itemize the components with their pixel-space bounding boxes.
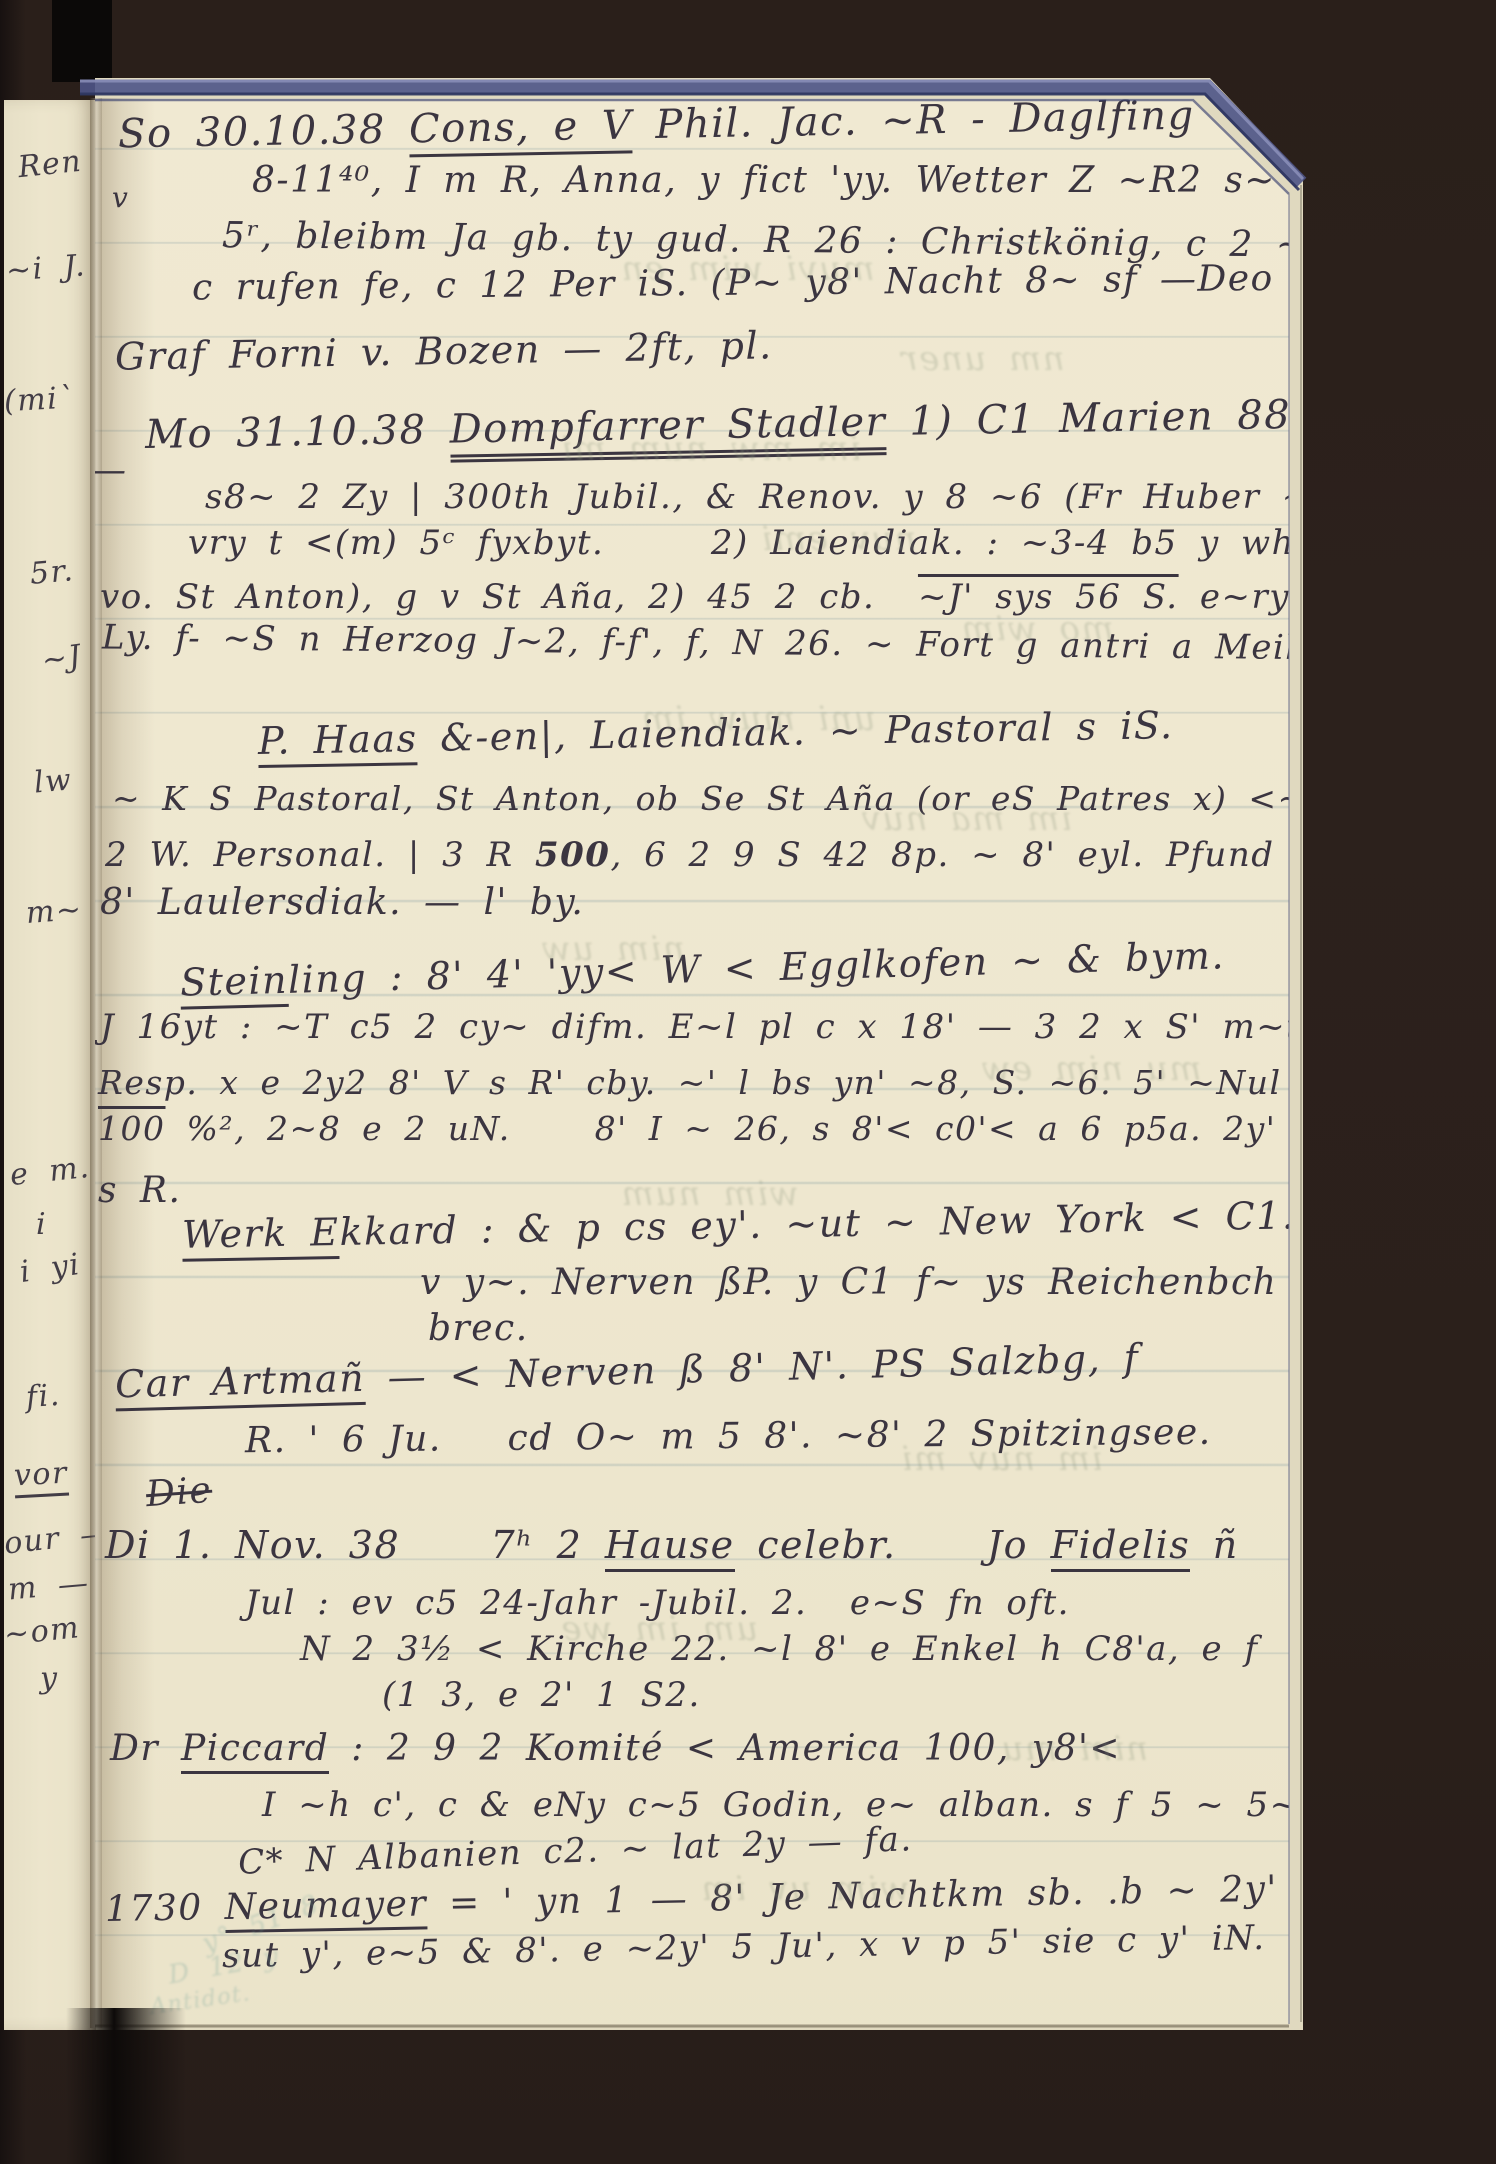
handwriting-line: I ~h c', c & eNy c~5 Godin, e~ alban. s … xyxy=(262,1786,1355,1825)
handwriting-line-segment: 100 xyxy=(98,1109,166,1148)
handwriting-layer: So 30.10.38 Cons, e V Phil. Jac. ~R - Da… xyxy=(0,0,1496,2164)
bleedthrough-ghost: uni muw im xyxy=(640,700,876,739)
handwriting-line: s R. xyxy=(98,1170,181,1211)
handwriting-fragment-segment: i xyxy=(36,1207,47,1242)
bleedthrough-ghost: nm uner xyxy=(900,340,1065,379)
bleedthrough-ghost-segment: muvi wim en xyxy=(620,249,875,289)
handwriting-fragment: vor xyxy=(13,1457,69,1494)
handwriting-fragment-segment: ~J xyxy=(40,638,85,678)
handwriting-line: So 30.10.38 Cons, e V Phil. Jac. ~R - Da… xyxy=(118,93,1195,158)
handwriting-line: Di 1. Nov. 38 7ʰ 2 Hause celebr. Jo Fide… xyxy=(105,1524,1239,1568)
handwriting-line-segment: 500 xyxy=(535,835,610,875)
handwriting-line-segment: %², 2~8 e 2 uN. 8' I ~ 26, s 8'< c0'< a … xyxy=(166,1109,1277,1148)
bleedthrough-ghost-segment: nim uw xyxy=(540,929,685,969)
handwriting-line-segment: celebr. Jo xyxy=(735,1523,1051,1567)
handwriting-fragment-segment: ~i J. xyxy=(5,248,87,288)
bleedthrough-ghost-segment: im mw num mi xyxy=(560,429,861,469)
bottom-spine-shadow xyxy=(66,2008,186,2164)
handwriting-line: Car Artmañ — < Nerven ß 8' N'. PS Salzbg… xyxy=(115,1337,1140,1407)
handwriting-fragment: i yi xyxy=(18,1248,83,1291)
bleedthrough-ghost-segment: im nuv mi xyxy=(900,1439,1102,1479)
handwriting-fragment: m — xyxy=(7,1567,91,1608)
handwriting-line-segment: Piccard xyxy=(181,1728,329,1774)
bleedthrough-ghost: nim uw xyxy=(540,930,685,969)
scanned-diary-photo: Ren~i J.(mi` —5r.~Jlwm~e m.ii yifi.vorou… xyxy=(0,0,1496,2164)
handwriting-line: Die xyxy=(145,1470,214,1516)
handwriting-line-segment: So 30.10.38 xyxy=(118,106,410,157)
handwriting-fragment-segment: lw xyxy=(32,762,73,800)
handwriting-line-segment: 8' Laulersdiak. — l' by. xyxy=(100,882,584,923)
handwriting-line: Graf Forni v. Bozen — 2ft, pl. xyxy=(115,324,773,379)
bleedthrough-ghost-segment: im ma nuv xyxy=(860,799,1072,839)
facing-page-strip: Ren~i J.(mi` —5r.~Jlwm~e m.ii yifi.vorou… xyxy=(4,100,96,2030)
handwriting-line-segment: I ~h c', c & eNy c~5 Godin, e~ alban. s … xyxy=(262,1785,1355,1825)
cover-corner-patch xyxy=(52,0,112,82)
handwriting-line: J 16yt : ~T c5 2 cy~ difm. E~l pl c x 18… xyxy=(100,1008,1314,1047)
handwriting-line-segment: Ly. f- ~S n Herzog J~2, f-f', f, N 26. ~… xyxy=(102,618,1355,669)
handwriting-line-segment: e~ry: xyxy=(1179,577,1303,617)
handwriting-line-segment: , 6 2 9 S 42 8p. ~ 8' eyl. Pfund xyxy=(610,835,1274,875)
bleedthrough-ghost-segment: wim num xyxy=(620,1174,799,1214)
bleedthrough-ghost: im mw num mi xyxy=(560,430,861,469)
handwriting-line-segment: Graf Forni v. Bozen — 2ft, pl. xyxy=(115,323,773,378)
handwriting-line-segment: 1) C1 Marien 88 xyxy=(886,392,1292,445)
handwriting-fragment-segment: i yi xyxy=(18,1247,83,1290)
handwriting-fragment: (mi` — xyxy=(4,379,96,420)
bleedthrough-ghost-segment: wim uv im xyxy=(700,1869,910,1909)
handwriting-line-segment: Phil. Jac. ~R - Daglfing xyxy=(632,93,1195,149)
handwriting-line-segment: 8-11⁴⁰, I m R, Anna, y fict 'yy. Wetter … xyxy=(252,160,1276,201)
bleedthrough-ghost-segment: uni muw im xyxy=(640,699,876,739)
handwriting-fragment-segment: Ren xyxy=(16,144,83,186)
handwriting-fragment: ~i J. xyxy=(5,249,87,289)
bleedthrough-ghost: im ma nuv xyxy=(860,800,1072,839)
handwriting-line-segment: 1730 xyxy=(105,1887,225,1930)
handwriting-fragment: i xyxy=(36,1208,47,1243)
handwriting-fragment: m~ xyxy=(25,893,84,931)
handwriting-fragment-segment: fi. xyxy=(25,1378,62,1415)
handwriting-fragment: ~om xyxy=(4,1611,82,1653)
handwriting-line: N 2 3½ < Kirche 22. ~l 8' e Enkel h C8'a… xyxy=(300,1630,1259,1669)
handwriting-line-segment: ling : 8' 4' 'yy< W < Egglkofen ~ & bym. xyxy=(287,933,1225,1002)
handwriting-fragment: fi. xyxy=(25,1379,62,1416)
handwriting-line: brec. xyxy=(428,1308,529,1349)
handwriting-line-segment: (1 3, e 2' 1 S2. xyxy=(382,1675,701,1715)
handwriting-line: 100 %², 2~8 e 2 uN. 8' I ~ 26, s 8'< c0'… xyxy=(98,1110,1276,1148)
handwriting-fragment-segment: our — xyxy=(4,1515,96,1561)
bleedthrough-ghost: nuv emi xyxy=(760,520,917,559)
handwriting-line-segment: Dr xyxy=(110,1728,181,1769)
handwriting-line: s8~ 2 Zy | 300th Jubil., & Renov. y 8 ~6… xyxy=(205,478,1324,517)
bleedthrough-ghost: mo wim xyxy=(960,610,1114,649)
handwriting-line-segment: Mo 31.10.38 xyxy=(145,407,450,458)
bleedthrough-ghost: muvi wim en xyxy=(620,250,875,289)
bleedthrough-ghost: nim mu xyxy=(1000,1730,1148,1769)
handwriting-line-segment: brec. xyxy=(428,1308,529,1349)
handwriting-line: Dr Piccard : 2 9 2 Komité < America 100,… xyxy=(110,1728,1121,1769)
handwriting-fragment-segment: (mi` — xyxy=(4,378,96,419)
bleedthrough-ghost: wim uv im xyxy=(700,1870,910,1909)
handwriting-line-segment: Cons, e V xyxy=(409,102,633,157)
handwriting-line-segment: Car Artmañ xyxy=(115,1356,366,1412)
handwriting-line-segment: — xyxy=(90,450,128,491)
facing-page-ink: Ren~i J.(mi` —5r.~Jlwm~e m.ii yifi.vorou… xyxy=(4,100,96,2030)
handwriting-line-segment: s R. xyxy=(98,1170,181,1211)
handwriting-line: vry t <(m) 5ᶜ fyxbyt. 2) Laiendiak. : ~3… xyxy=(188,524,1295,563)
handwriting-fragment-segment: m — xyxy=(7,1566,91,1608)
handwriting-line-segment: P. Haas xyxy=(258,716,418,768)
bleedthrough-ghost-segment: mo wim xyxy=(960,609,1114,649)
handwriting-line-segment: v y~. Nerven ßP. y C1 f~ ys Reichenbch xyxy=(420,1262,1277,1303)
handwriting-line: 8' Laulersdiak. — l' by. xyxy=(100,882,584,923)
handwriting-line-segment: Werk E xyxy=(182,1210,340,1262)
handwriting-fragment: Ren xyxy=(16,145,83,186)
handwriting-fragment-segment: 5r. xyxy=(28,553,75,592)
handwriting-line-segment: Die xyxy=(145,1470,214,1516)
handwriting-line-segment: kkard : & p cs ey'. ~ut ~ New York < C1. xyxy=(339,1193,1296,1254)
handwriting-line-segment: Di 1. Nov. 38 7ʰ 2 xyxy=(105,1523,605,1567)
handwriting-line-segment: ñ xyxy=(1190,1523,1239,1567)
handwriting-line: v xyxy=(112,182,129,214)
handwriting-line-segment: vry t <(m) 5ᶜ fyxbyt. 2) Laiendiak. : ~3… xyxy=(188,523,1295,563)
handwriting-fragment: y xyxy=(40,1662,58,1697)
handwriting-fragment: our — xyxy=(4,1516,96,1562)
bleedthrough-ghost: mu nim ew xyxy=(980,1050,1202,1089)
bleedthrough-ghost-segment: nm uner xyxy=(900,339,1065,379)
bleedthrough-ghost: um im we xyxy=(560,1610,758,1649)
handwriting-line-segment: vo. St Anton), g v St Aña, 2) 45 2 cb. xyxy=(100,577,918,617)
handwriting-fragment: 5r. xyxy=(29,554,76,592)
handwriting-line-segment: v xyxy=(112,181,129,214)
handwriting-fragment-segment: m~ xyxy=(25,892,84,931)
bleedthrough-ghost-segment: um im we xyxy=(560,1609,758,1649)
handwriting-fragment-segment: vor xyxy=(13,1456,69,1499)
handwriting-line-segment: 2 W. Personal. | 3 R xyxy=(105,835,535,875)
bleedthrough-ghost-segment: nuv emi xyxy=(760,519,917,559)
handwriting-fragment: ~J xyxy=(40,639,85,679)
handwriting-line: Steinling : 8' 4' 'yy< W < Egglkofen ~ &… xyxy=(180,934,1226,1005)
handwriting-line-segment: ~ K S Pastoral, St Anton, ob Se St Aña (… xyxy=(112,779,1307,818)
handwriting-line: vo. St Anton), g v St Aña, 2) 45 2 cb. ~… xyxy=(100,578,1303,617)
handwriting-line-segment: s8~ 2 Zy | 300th Jubil., & Renov. y 8 ~6… xyxy=(205,477,1324,517)
bleedthrough-ghost: wim num xyxy=(620,1175,799,1214)
handwriting-line: v y~. Nerven ßP. y C1 f~ ys Reichenbch xyxy=(420,1262,1277,1303)
handwriting-line: (1 3, e 2' 1 S2. xyxy=(382,1676,701,1715)
handwriting-line-segment: Fidelis xyxy=(1051,1523,1191,1572)
handwriting-line-segment: Stein xyxy=(180,958,289,1010)
handwriting-fragment: e m. xyxy=(8,1151,91,1194)
handwriting-line: — xyxy=(90,450,128,491)
handwriting-line: 8-11⁴⁰, I m R, Anna, y fict 'yy. Wetter … xyxy=(252,160,1276,201)
bleedthrough-ghost: im nuv mi xyxy=(900,1440,1102,1479)
handwriting-fragment-segment: y xyxy=(40,1661,58,1696)
handwriting-line: ~ K S Pastoral, St Anton, ob Se St Aña (… xyxy=(112,780,1307,818)
handwriting-line-segment: J 16yt : ~T c5 2 cy~ difm. E~l pl c x 18… xyxy=(100,1007,1314,1047)
handwriting-line: 2 W. Personal. | 3 R 500, 6 2 9 S 42 8p.… xyxy=(105,836,1275,875)
handwriting-fragment-segment: e m. xyxy=(8,1150,91,1193)
handwriting-fragment: lw xyxy=(33,763,74,801)
handwriting-line-segment: N 2 3½ < Kirche 22. ~l 8' e Enkel h C8'a… xyxy=(300,1629,1259,1669)
handwriting-line-segment: Hause xyxy=(605,1523,735,1572)
handwriting-line: Ly. f- ~S n Herzog J~2, f-f', f, N 26. ~… xyxy=(102,619,1355,669)
handwriting-fragment-segment: ~om xyxy=(4,1610,82,1653)
bleedthrough-ghost-segment: nim mu xyxy=(1000,1729,1148,1769)
bleedthrough-ghost-segment: mu nim ew xyxy=(980,1049,1202,1089)
